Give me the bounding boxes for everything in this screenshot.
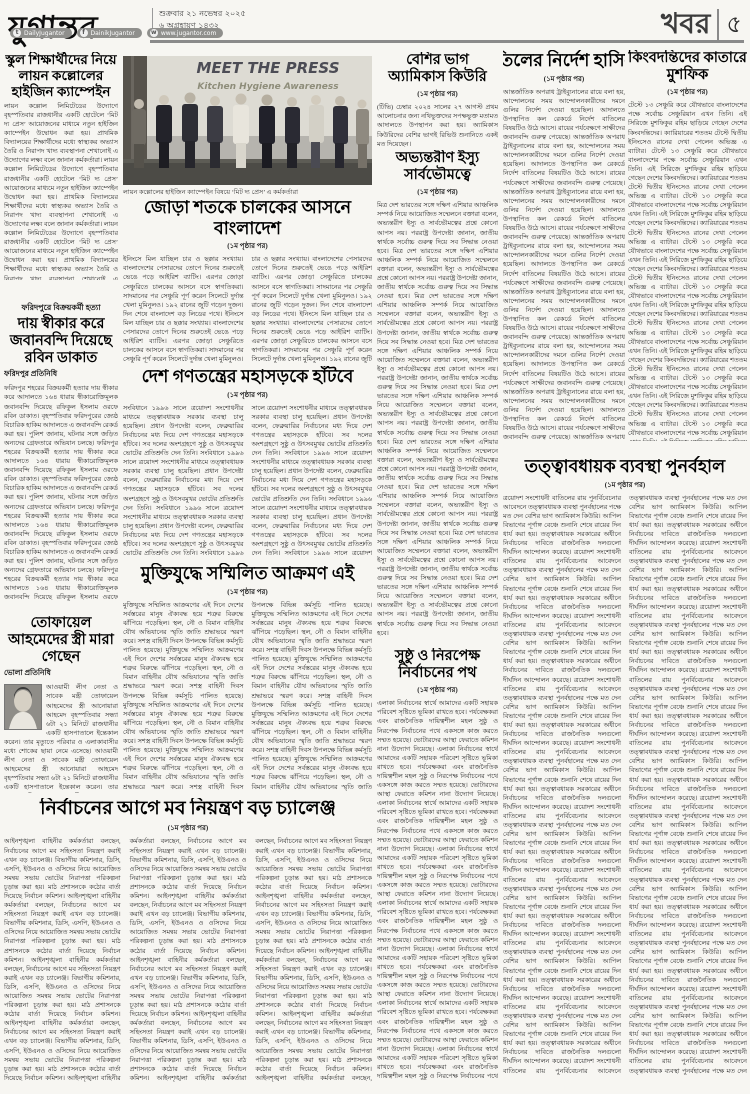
article-body: টেস্টে ১৩ সেঞ্চুরি করে যৌথভাবে বাংলাদেশে…	[628, 101, 747, 441]
continued-from-label: (১ম পৃষ্ঠার পর)	[628, 86, 747, 98]
newspaper-page: যুগান্তর শুক্রবার ২১ নভেম্বর ২০২৫ ৬ অগ্র…	[0, 0, 750, 1094]
continued-from-label: (১ম পৃষ্ঠার পর)	[377, 88, 498, 100]
press-photo-image: MEET THE PRESS Kitchen Hygiene Awareness	[123, 56, 372, 185]
article-body: এলাকা নির্বাচনের স্বার্থে আমাদের একটি সহ…	[377, 699, 498, 1081]
article-robin-dakat: ফরিদপুরে বিক্রয়কর্মী হত্যা দায় স্বীকার…	[4, 302, 118, 612]
article-amicus-curiae: বেশির ভাগ অ্যামিকাস কিউরি (১ম পৃষ্ঠার পর…	[377, 52, 498, 148]
continued-from-label: (১ম পৃষ্ঠার পর)	[4, 822, 372, 834]
website-badge: wwww.jugantor.com	[147, 28, 224, 38]
continued-from-label: (১ম পৃষ্ঠার পর)	[123, 240, 372, 252]
article-headline: তোফায়েল আহমেদের স্ত্রী মারা গেছেন	[4, 615, 118, 666]
article-body: লায়ন কল্লোল লিমিটেডের উদ্যোগে বৃহস্পতিব…	[4, 102, 118, 280]
continued-from-label: (১ম পৃষ্ঠার পর)	[503, 73, 625, 85]
article-headline: নির্বাচনের আগে মব নিয়ন্ত্রণ বড় চ্যালেঞ…	[4, 798, 372, 820]
article-headline: বেশির ভাগ অ্যামিকাস কিউরি	[377, 52, 498, 86]
article-headline: জোড়া শতকে চালকের আসনে বাংলাদেশ	[123, 197, 372, 238]
article-body: ফরিদপুর শহরের বিক্রয়কর্মী হত্যার দায় স…	[4, 384, 118, 602]
globe-icon: w	[150, 29, 158, 37]
masthead-rule	[150, 40, 744, 43]
article-sovereignty: অভ্যন্তরীণ ইস্যু সার্বভৌমত্বে (১ম পৃষ্ঠা…	[377, 150, 498, 644]
article-body: ইনিংসে মিল যাচ্ছিল চার ও ছক্কার সংখ্যায়…	[123, 255, 372, 363]
facebook-icon: f	[80, 29, 88, 37]
article-kicker: ফরিদপুরে বিক্রয়কর্মী হত্যা	[4, 302, 118, 315]
article-headline: সুষ্ঠু ও নিরপেক্ষ নির্বাচনের পথ	[377, 648, 498, 682]
continued-from-label: (১ম পৃষ্ঠার পর)	[123, 586, 372, 598]
continued-from-label: (১ম পৃষ্ঠার পর)	[377, 186, 498, 198]
twitter-handle: DailyJugantor	[24, 30, 65, 37]
article-mushfiq: কিংবদন্তিদের কাতারে মুশফিক (১ম পৃষ্ঠার প…	[628, 50, 747, 454]
article-headline: তত্ত্বাবধায়ক ব্যবস্থা পুনর্বহাল	[503, 456, 747, 477]
article-headline: দায় স্বীকার করে জবানবন্দি দিয়েছে রবিন …	[4, 316, 118, 367]
section-name: খবর	[661, 2, 710, 49]
article-body: ত্রয়োদশ সংশোধনী বাতিলের রায় পুনর্বিবেচ…	[503, 494, 747, 1082]
article-body-wrap: আওয়ামী লীগ নেতা ও সাবেক মন্ত্রী তোফায়ে…	[4, 683, 118, 793]
article-mob-control: নির্বাচনের আগে মব নিয়ন্ত্রণ বড় চ্যালেঞ…	[4, 798, 372, 1090]
article-headline: কিংবদন্তিদের কাতারে মুশফিক	[628, 50, 747, 84]
article-hasina-order: বাতিলের নির্দেশ হাসিনার (১ম পৃষ্ঠার পর) …	[503, 50, 625, 454]
article-body: আন্তর্জাতিক অপরাধ ট্রাইব্যুনালের রায়ে ব…	[503, 88, 625, 440]
article-headline: মুক্তিযুদ্ধে সম্মিলিত আক্রমণ এই	[123, 563, 372, 584]
article-headline: স্কুল শিক্ষার্থীদের নিয়ে লায়ন কল্লোলের…	[4, 52, 118, 100]
section-divider	[717, 9, 719, 43]
article-body: মিত্র দেশ ভারতের সঙ্গে দক্ষিণ এশিয়ার আঞ…	[377, 201, 498, 639]
banner-title: MEET THE PRESS	[197, 59, 340, 77]
continued-from-label: (১ম পৃষ্ঠার পর)	[123, 389, 372, 401]
banner-subtitle: Kitchen Hygiene Awareness	[197, 82, 339, 92]
article-tofail-wife: তোফায়েল আহমেদের স্ত্রী মারা গেছেন ভোলা …	[4, 615, 118, 793]
article-body: আইনশৃঙ্খলা বাহিনীর কর্মকর্তারা বলছেন, নি…	[4, 837, 372, 1087]
article-headline: দেশ গণতন্ত্রের মহাসড়কে হাঁটবে	[123, 366, 372, 387]
article-body: সংবিধানে ১৯৯৬ সালে ত্রয়োদশ সংশোধনীর মাধ…	[123, 404, 372, 558]
article-headline: অভ্যন্তরীণ ইস্যু সার্বভৌমত্বে	[377, 150, 498, 184]
article-body: মুক্তিযুদ্ধে সম্মিলিত আক্রমণের এই দিনে দ…	[123, 601, 372, 795]
article-byline: ভোলা প্রতিনিধি	[4, 668, 118, 680]
section-header: খবর ৫	[661, 2, 742, 49]
twitter-badge: tDailyJugantor	[10, 28, 72, 38]
facebook-handle: DainikJugantor	[91, 30, 135, 37]
website-url: www.jugantor.com	[161, 30, 217, 37]
obituary-portrait-photo	[4, 684, 42, 730]
article-headline: বাতিলের নির্দেশ হাসিনার	[503, 50, 625, 71]
article-democracy: দেশ গণতন্ত্রের মহাসড়কে হাঁটবে (১ম পৃষ্ঠ…	[123, 366, 372, 558]
social-badges: tDailyJugantor fDainikJugantor wwww.juga…	[10, 28, 223, 38]
article-cricket: জোড়া শতকে চালকের আসনে বাংলাদেশ (১ম পৃষ্…	[123, 197, 372, 363]
article-byline: ফরিদপুর প্রতিনিধি	[4, 369, 118, 381]
continued-from-label: (১ম পৃষ্ঠার পর)	[377, 684, 498, 696]
twitter-icon: t	[13, 29, 21, 37]
article-body: (টিভি) চেম্বার ২০২৪ সালের ২৭ আগস্ট প্রথম…	[377, 103, 498, 148]
press-photo: MEET THE PRESS Kitchen Hygiene Awareness	[123, 56, 372, 185]
article-fair-election: সুষ্ঠু ও নিরপেক্ষ নির্বাচনের পথ (১ম পৃষ্…	[377, 648, 498, 1088]
facebook-badge: fDainikJugantor	[77, 28, 142, 38]
page-number: ৫	[726, 6, 742, 46]
continued-from-label: (১ম পৃষ্ঠার পর)	[503, 479, 747, 491]
article-caretaker-restore: তত্ত্বাবধায়ক ব্যবস্থা পুনর্বহাল (১ম পৃষ…	[503, 456, 747, 1088]
date-gregorian: শুক্রবার ২১ নভেম্বর ২০২৫	[159, 8, 246, 20]
article-hygiene-campaign: স্কুল শিক্ষার্থীদের নিয়ে লায়ন কল্লোলের…	[4, 52, 118, 300]
article-liberation-war: মুক্তিযুদ্ধে সম্মিলিত আক্রমণ এই (১ম পৃষ্…	[123, 563, 372, 795]
